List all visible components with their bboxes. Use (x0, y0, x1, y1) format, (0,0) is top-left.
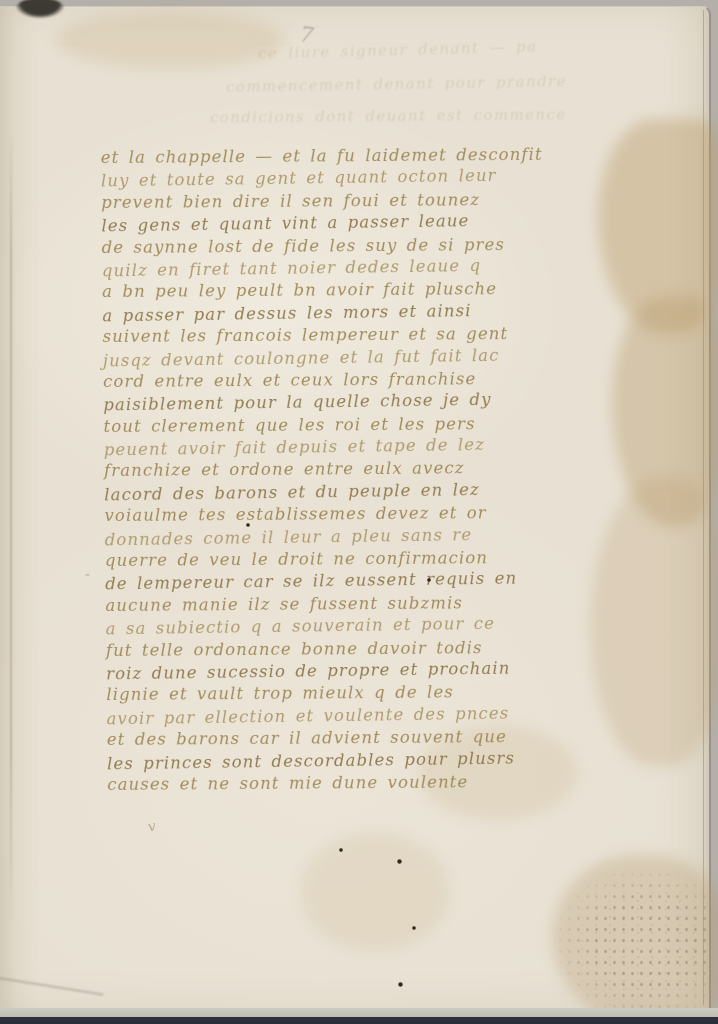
manuscript-photo: ce liure signeur denant — pa commencemen… (0, 0, 718, 1024)
handwritten-text-block: et la chappelle — et la fu laidemet desc… (101, 143, 588, 797)
table-surface-band (0, 1017, 718, 1024)
wormhole (246, 523, 250, 527)
wormhole (398, 982, 403, 987)
top-left-dark-object (16, 0, 64, 18)
faded-header-line: condicions dont deuant est commence (210, 105, 567, 126)
wormhole (339, 848, 343, 852)
binding-crease (10, 137, 12, 917)
margin-dash-mark: - (85, 565, 90, 583)
stain-top (55, 11, 285, 69)
mould-speckle (556, 869, 706, 1019)
faded-header-line: commencement denant pour prandre (226, 72, 567, 96)
wormhole (427, 578, 431, 582)
margin-check-mark: v (146, 818, 157, 835)
parchment-page: ce liure signeur denant — pa commencemen… (0, 6, 711, 1012)
stain-bottom-center (300, 832, 450, 952)
page-edge-line (703, 10, 704, 1005)
wormhole (412, 926, 416, 930)
manuscript-line: causes et ne sont mie dune voulente (107, 770, 587, 796)
wormhole (397, 859, 402, 864)
stain-right-lower (590, 477, 718, 767)
corner-fold-crease (0, 976, 103, 995)
